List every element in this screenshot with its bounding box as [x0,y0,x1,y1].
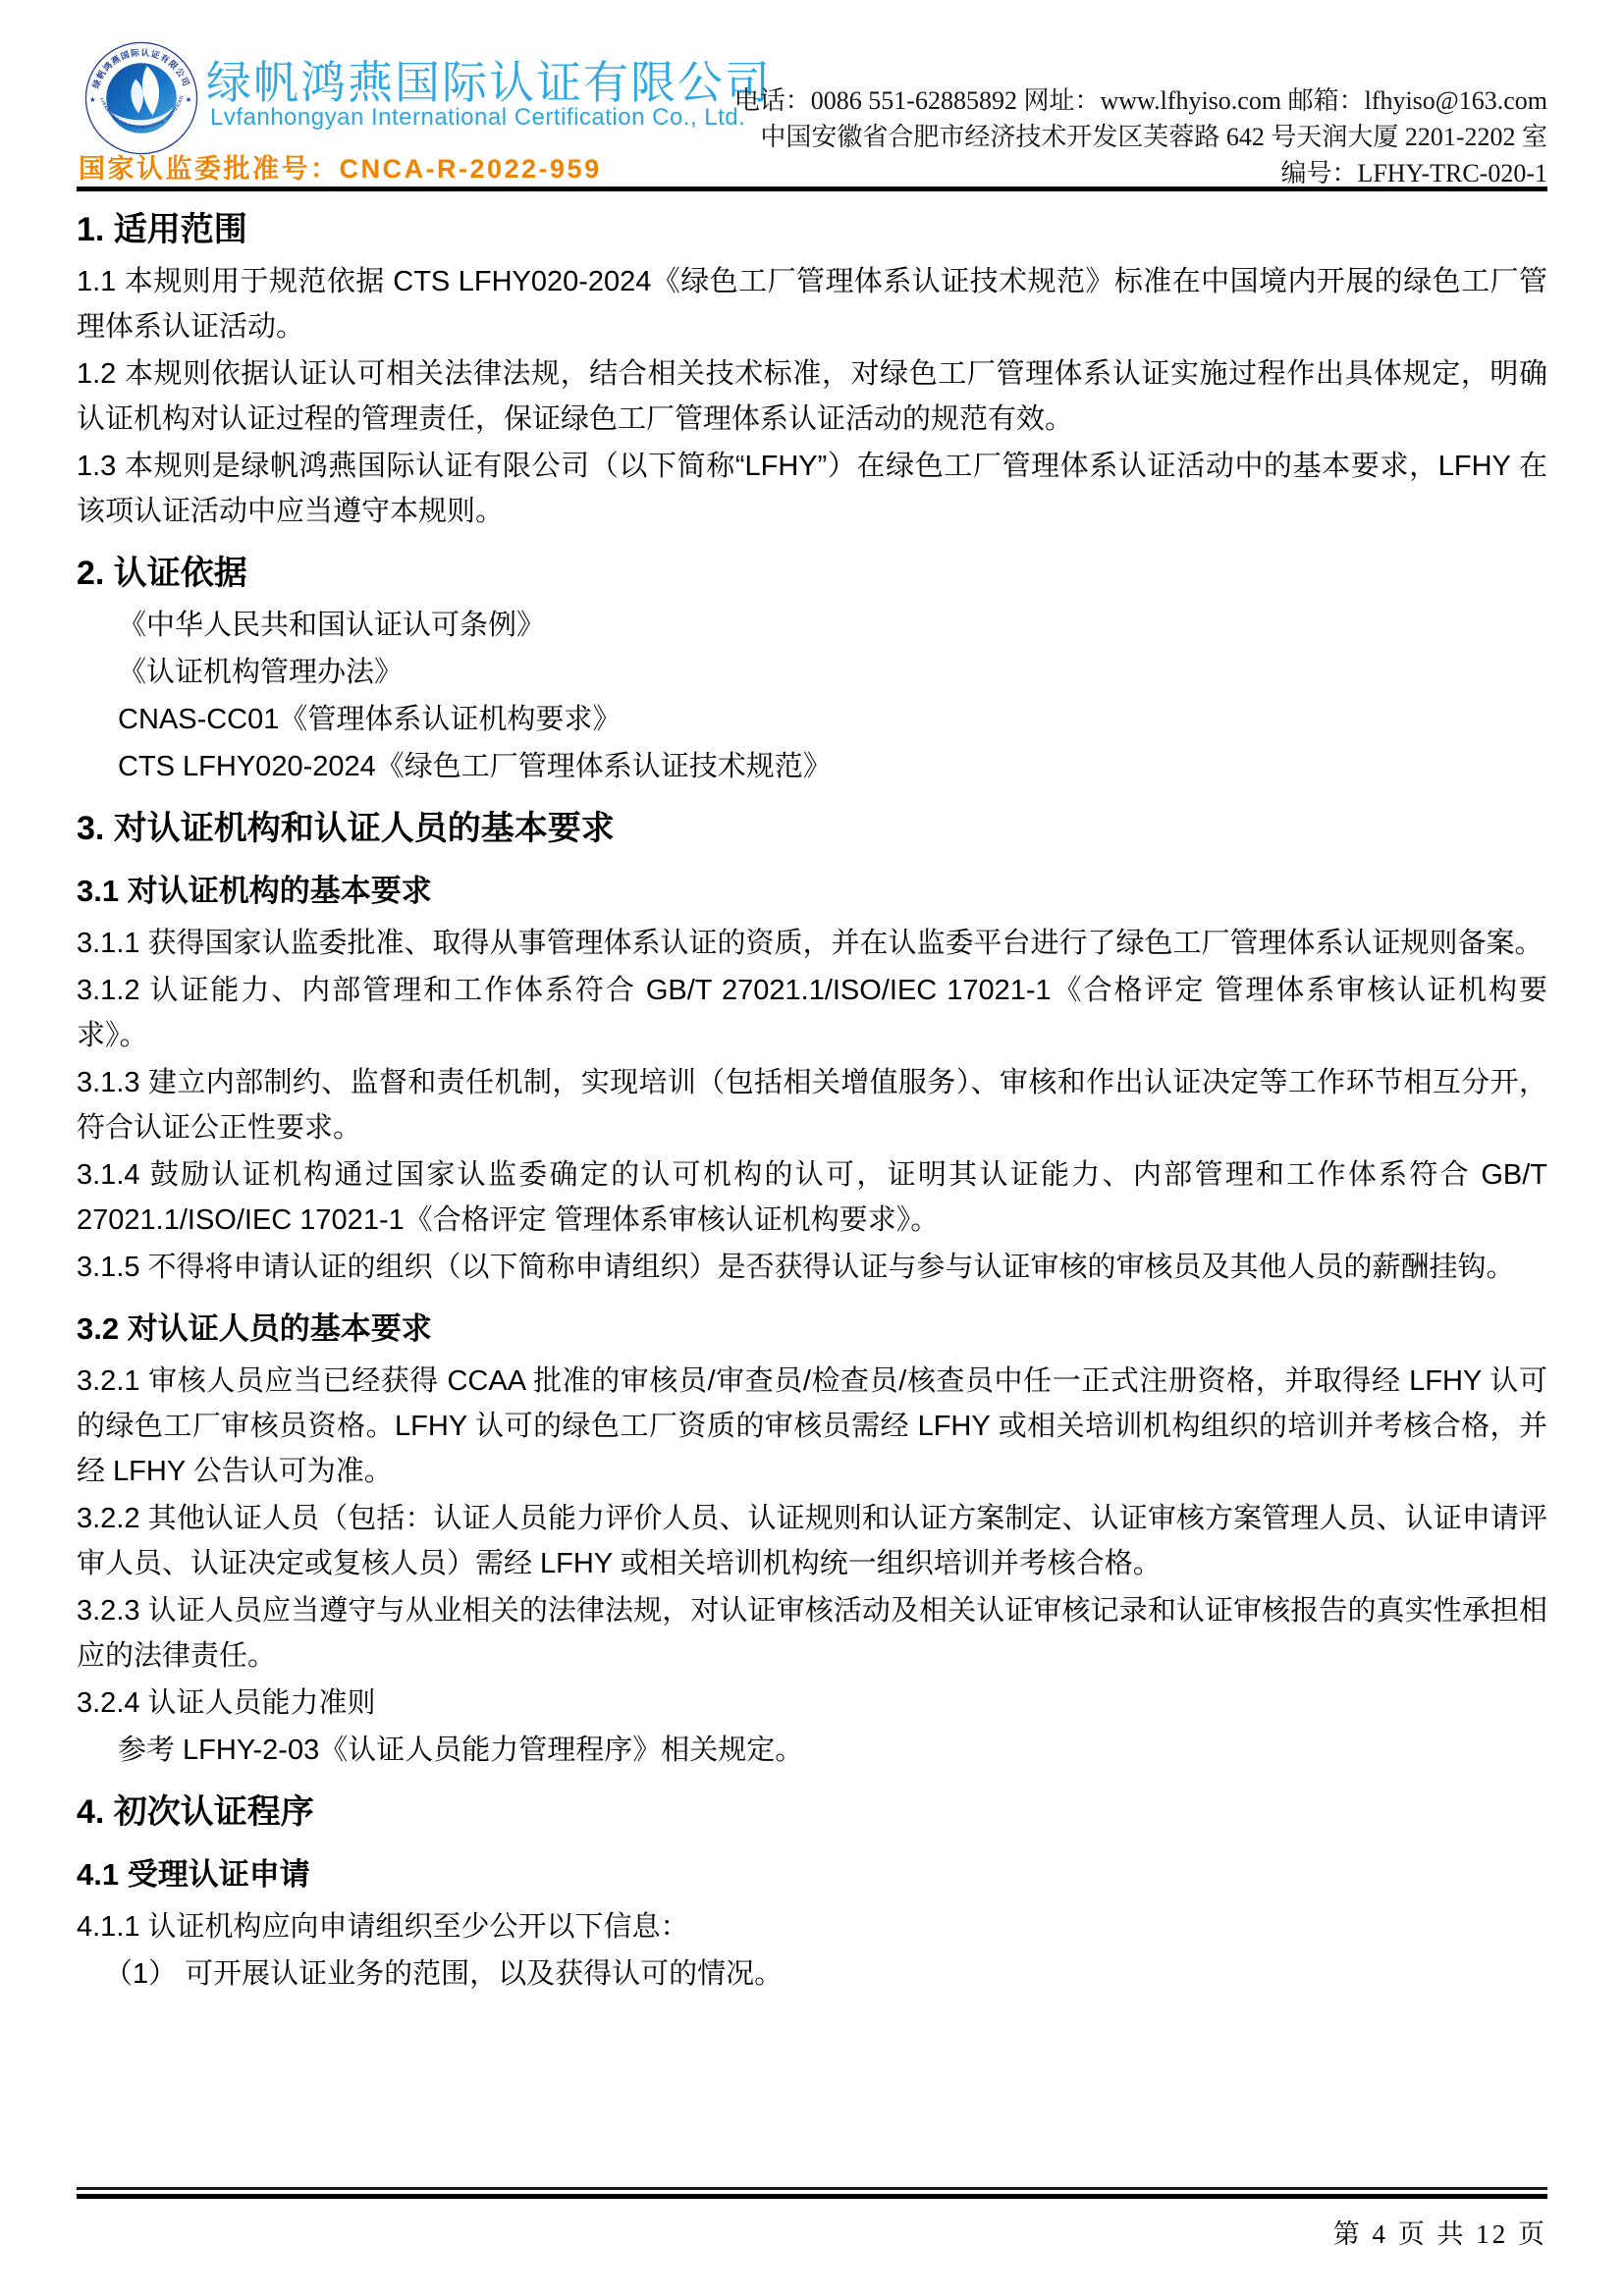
paragraph: 1.2 本规则依据认证认可相关法律法规，结合相关技术标准，对绿色工厂管理体系认证… [77,351,1547,442]
paragraph: 1.1 本规则用于规范依据 CTS LFHY020-2024《绿色工厂管理体系认… [77,259,1547,349]
contact-line-address: 中国安徽省合肥市经济技术开发区芙蓉路 642 号天润大厦 2201-2202 室 [734,119,1547,155]
paragraph: 3.1.2 认证能力、内部管理和工作体系符合 GB/T 27021.1/ISO/… [77,968,1547,1058]
paragraph: 3.1.4 鼓励认证机构通过国家认监委确定的认可机构的认可，证明其认证能力、内部… [77,1152,1547,1243]
document-body: 1. 适用范围1.1 本规则用于规范依据 CTS LFHY020-2024《绿色… [77,206,1547,1999]
reference-line: 《中华人民共和国认证认可条例》 [77,603,1547,648]
paragraph: 3.2.1 审核人员应当已经获得 CCAA 批准的审核员/审查员/检查员/核查员… [77,1359,1547,1494]
logo-star-left-icon: ★ [89,95,96,104]
subsection-heading: 3.1 对认证机构的基本要求 [77,868,1547,915]
paragraph: 3.2.4 认证人员能力准则 [77,1681,1547,1726]
document-page: 绿帆鸿燕国际认证有限公司 LVFANHONGYAN INTERNATIONAL … [0,0,1624,2296]
section-heading: 1. 适用范围 [77,206,1547,253]
company-logo-icon: 绿帆鸿燕国际认证有限公司 LVFANHONGYAN INTERNATIONAL … [84,41,198,155]
header-divider [77,187,1547,191]
reference-line: CTS LFHY020-2024《绿色工厂管理体系认证技术规范》 [77,744,1547,789]
company-name-en: Lvfanhongyan International Certification… [210,104,745,132]
list-item: （1） 可开展认证业务的范围，以及获得认可的情况。 [77,1951,1547,1997]
subsection-heading: 3.2 对认证人员的基本要求 [77,1306,1547,1353]
reference-line: CNAS-CC01《管理体系认证机构要求》 [77,697,1547,742]
letterhead: 绿帆鸿燕国际认证有限公司 LVFANHONGYAN INTERNATIONAL … [77,39,1547,187]
footer-divider-thin [77,2187,1547,2190]
approval-number-line: 国家认监委批准号：CNCA-R-2022-959 [79,147,602,186]
page-number: 第 4 页 共 12 页 [77,2213,1547,2251]
section-heading: 3. 对认证机构和认证人员的基本要求 [77,805,1547,852]
paragraph: 4.1.1 认证机构应向申请组织至少公开以下信息： [77,1904,1547,1949]
company-name-zh: 绿帆鸿燕国际认证有限公司 [206,47,772,112]
reference-line: 《认证机构管理办法》 [77,650,1547,695]
paragraph: 3.2.2 其他认证人员（包括：认证人员能力评价人员、认证规则和认证方案制定、认… [77,1496,1547,1586]
paragraph: 3.2.3 认证人员应当遵守与从业相关的法律法规，对认证审核活动及相关认证审核记… [77,1588,1547,1679]
page-footer: 第 4 页 共 12 页 [77,2187,1547,2251]
logo-star-right-icon: ★ [185,95,191,104]
section-heading: 2. 认证依据 [77,550,1547,597]
reference-line: 参考 LFHY-2-03《认证人员能力管理程序》相关规定。 [77,1728,1547,1773]
contact-block: 电话：0086 551-62885892 网址：www.lfhyiso.com … [734,82,1547,191]
paragraph: 3.1.3 建立内部制约、监督和责任机制，实现培训（包括相关增值服务）、审核和作… [77,1060,1547,1150]
company-logo-emblem: 绿帆鸿燕国际认证有限公司 LVFANHONGYAN INTERNATIONAL … [84,41,198,155]
subsection-heading: 4.1 受理认证申请 [77,1851,1547,1898]
paragraph: 3.1.1 获得国家认监委批准、取得从事管理体系认证的资质，并在认监委平台进行了… [77,921,1547,966]
contact-line-phone-web-email: 电话：0086 551-62885892 网址：www.lfhyiso.com … [734,82,1547,119]
paragraph: 3.1.5 不得将申请认证的组织（以下简称申请组织）是否获得认证与参与认证审核的… [77,1245,1547,1290]
paragraph: 1.3 本规则是绿帆鸿燕国际认证有限公司（以下简称“LFHY”）在绿色工厂管理体… [77,444,1547,534]
section-heading: 4. 初次认证程序 [77,1789,1547,1836]
footer-divider-thick [77,2194,1547,2199]
